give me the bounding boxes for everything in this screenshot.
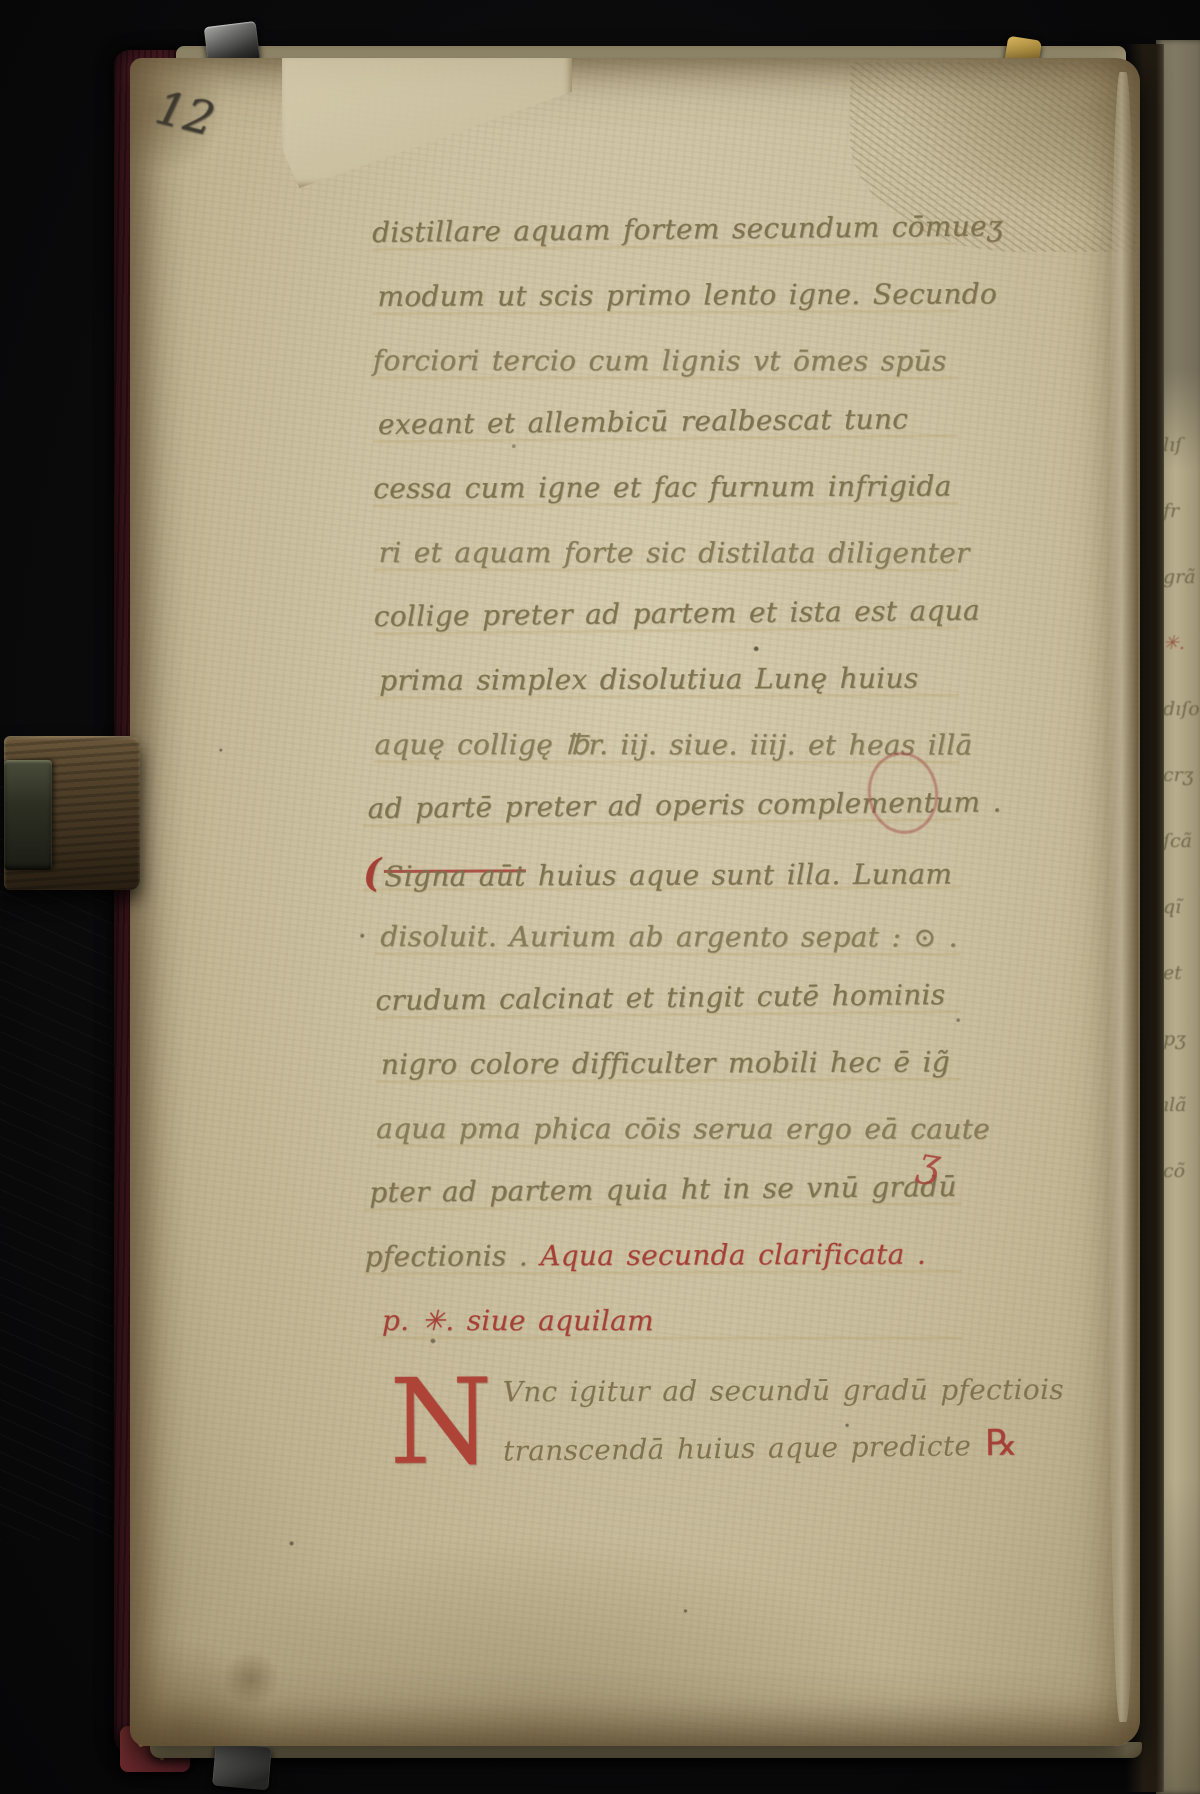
photograph-of-manuscript: { "manuscript": { "folio_mark": "12", "l… (0, 0, 1200, 1794)
line-text: huius aque sunt illa. Lunam (526, 857, 953, 892)
page-right-curl (1108, 72, 1138, 1722)
manuscript-line-20: transcendā huius aque predicte℞ (377, 1417, 963, 1480)
line-text: distillare aquam fortem secundum cōmueʒ (372, 209, 1003, 249)
line-text: cessa cum igne et fac furnum infrigida (373, 469, 952, 505)
manuscript-line-4: exeant et allembicū realbescat tunc (373, 388, 959, 458)
sol-symbol: ⊙ (913, 922, 936, 953)
line-text: Vnc igitur ad secundū gradū pfectiois (503, 1373, 1064, 1408)
manuscript-line-9: aquę colligę ℔r. iij. siue. iiij. et hea… (374, 714, 959, 779)
manuscript-line-13: crudum calcinat et tingit cutē hominis (375, 964, 961, 1034)
line-text: pfectionis . (365, 1239, 541, 1273)
folio-number: 12 (150, 80, 220, 147)
manuscript-line-15: aqua pma phica cōis serua ergo eā caute (376, 1098, 961, 1163)
manuscript-textblock: distillare aquam fortem secundum cōmueʒ … (372, 199, 963, 1516)
line-text: crudum calcinat et tingit cutē hominis (375, 978, 945, 1017)
rx-mark: ℞ (985, 1423, 1018, 1464)
metal-clip-bottom (212, 1742, 272, 1791)
rubric-heading: p. ✳. siue aquilam (382, 1304, 654, 1337)
under-sheet-corner (282, 58, 572, 188)
manuscript-line-11: (Signa aūt huius aque sunt illa. Lunam (363, 839, 960, 906)
manuscript-line-3: forciori tercio cum lignis vt ōmes spūs (373, 330, 958, 395)
manuscript-line-5: cessa cum igne et fac furnum infrigida (373, 455, 958, 522)
line-text: exeant et allembicū realbescat tunc (378, 402, 909, 441)
leather-strap (4, 736, 140, 890)
vellum-page: 12 distillare aquam fortem secundum cōmu… (130, 58, 1140, 1746)
manuscript-line-18: p. ✳. siue aquilam (377, 1290, 962, 1355)
line-text: aquę colligę ℔r. iij. siue. iiij. et hea… (374, 728, 972, 762)
manuscript-line-17: pfectionis . Aqua secunda clarificata . (364, 1223, 961, 1290)
line-text: . (936, 920, 957, 953)
pilcrow-mark: ( (363, 850, 381, 895)
line-text: modum ut scis primo lento igne. Secundo (377, 277, 997, 313)
line-text: aqua pma phica cōis serua ergo eā caute (376, 1112, 990, 1146)
rubric-overlined-words: Signa aūt (384, 859, 526, 893)
manuscript-line-14: nigro colore difficulter mobili hec ē ig… (376, 1031, 961, 1098)
manuscript-line-12: disoluit. Aurium ab argento sepat : ⊙ . (375, 906, 960, 971)
manuscript-line-8: prima simplex disolutiua Lunę huius (374, 647, 959, 714)
paragraph-with-initial: N Vnc igitur ad secundū gradū pfectiois … (377, 1363, 963, 1516)
manuscript-line-2: modum ut scis primo lento igne. Secundo (372, 263, 957, 330)
line-text: forciori tercio cum lignis vt ōmes spūs (373, 344, 947, 378)
line-text: nigro colore difficulter mobili hec ē ig… (381, 1045, 950, 1080)
manuscript-line-6: ri et aquam forte sic distilata diligent… (374, 522, 959, 587)
line-text: prima simplex disolutiua Lunę huius (379, 662, 919, 697)
manuscript-line-16: pter ad partem quia ht in se vnū gradū (364, 1156, 962, 1226)
line-text: collige preter ad partem et ista est aqu… (374, 594, 981, 633)
manuscript-line-7: collige preter ad partem et ista est aqu… (373, 580, 959, 650)
manuscript-line-1: distillare aquam fortem secundum cōmueʒ (372, 196, 958, 266)
line-text: disoluit. Aurium ab argento sepat : (380, 920, 913, 953)
line-text: pter ad partem quia ht in se vnū gradū (369, 1170, 957, 1209)
line-text: ri et aquam forte sic distilata diligent… (379, 536, 970, 570)
rubric-heading: Aqua secunda clarificata . (540, 1238, 926, 1273)
strap-buckle (4, 760, 52, 870)
line-text: transcendā huius aque predicte (503, 1429, 972, 1467)
backdrop-scratches (0, 780, 120, 1540)
